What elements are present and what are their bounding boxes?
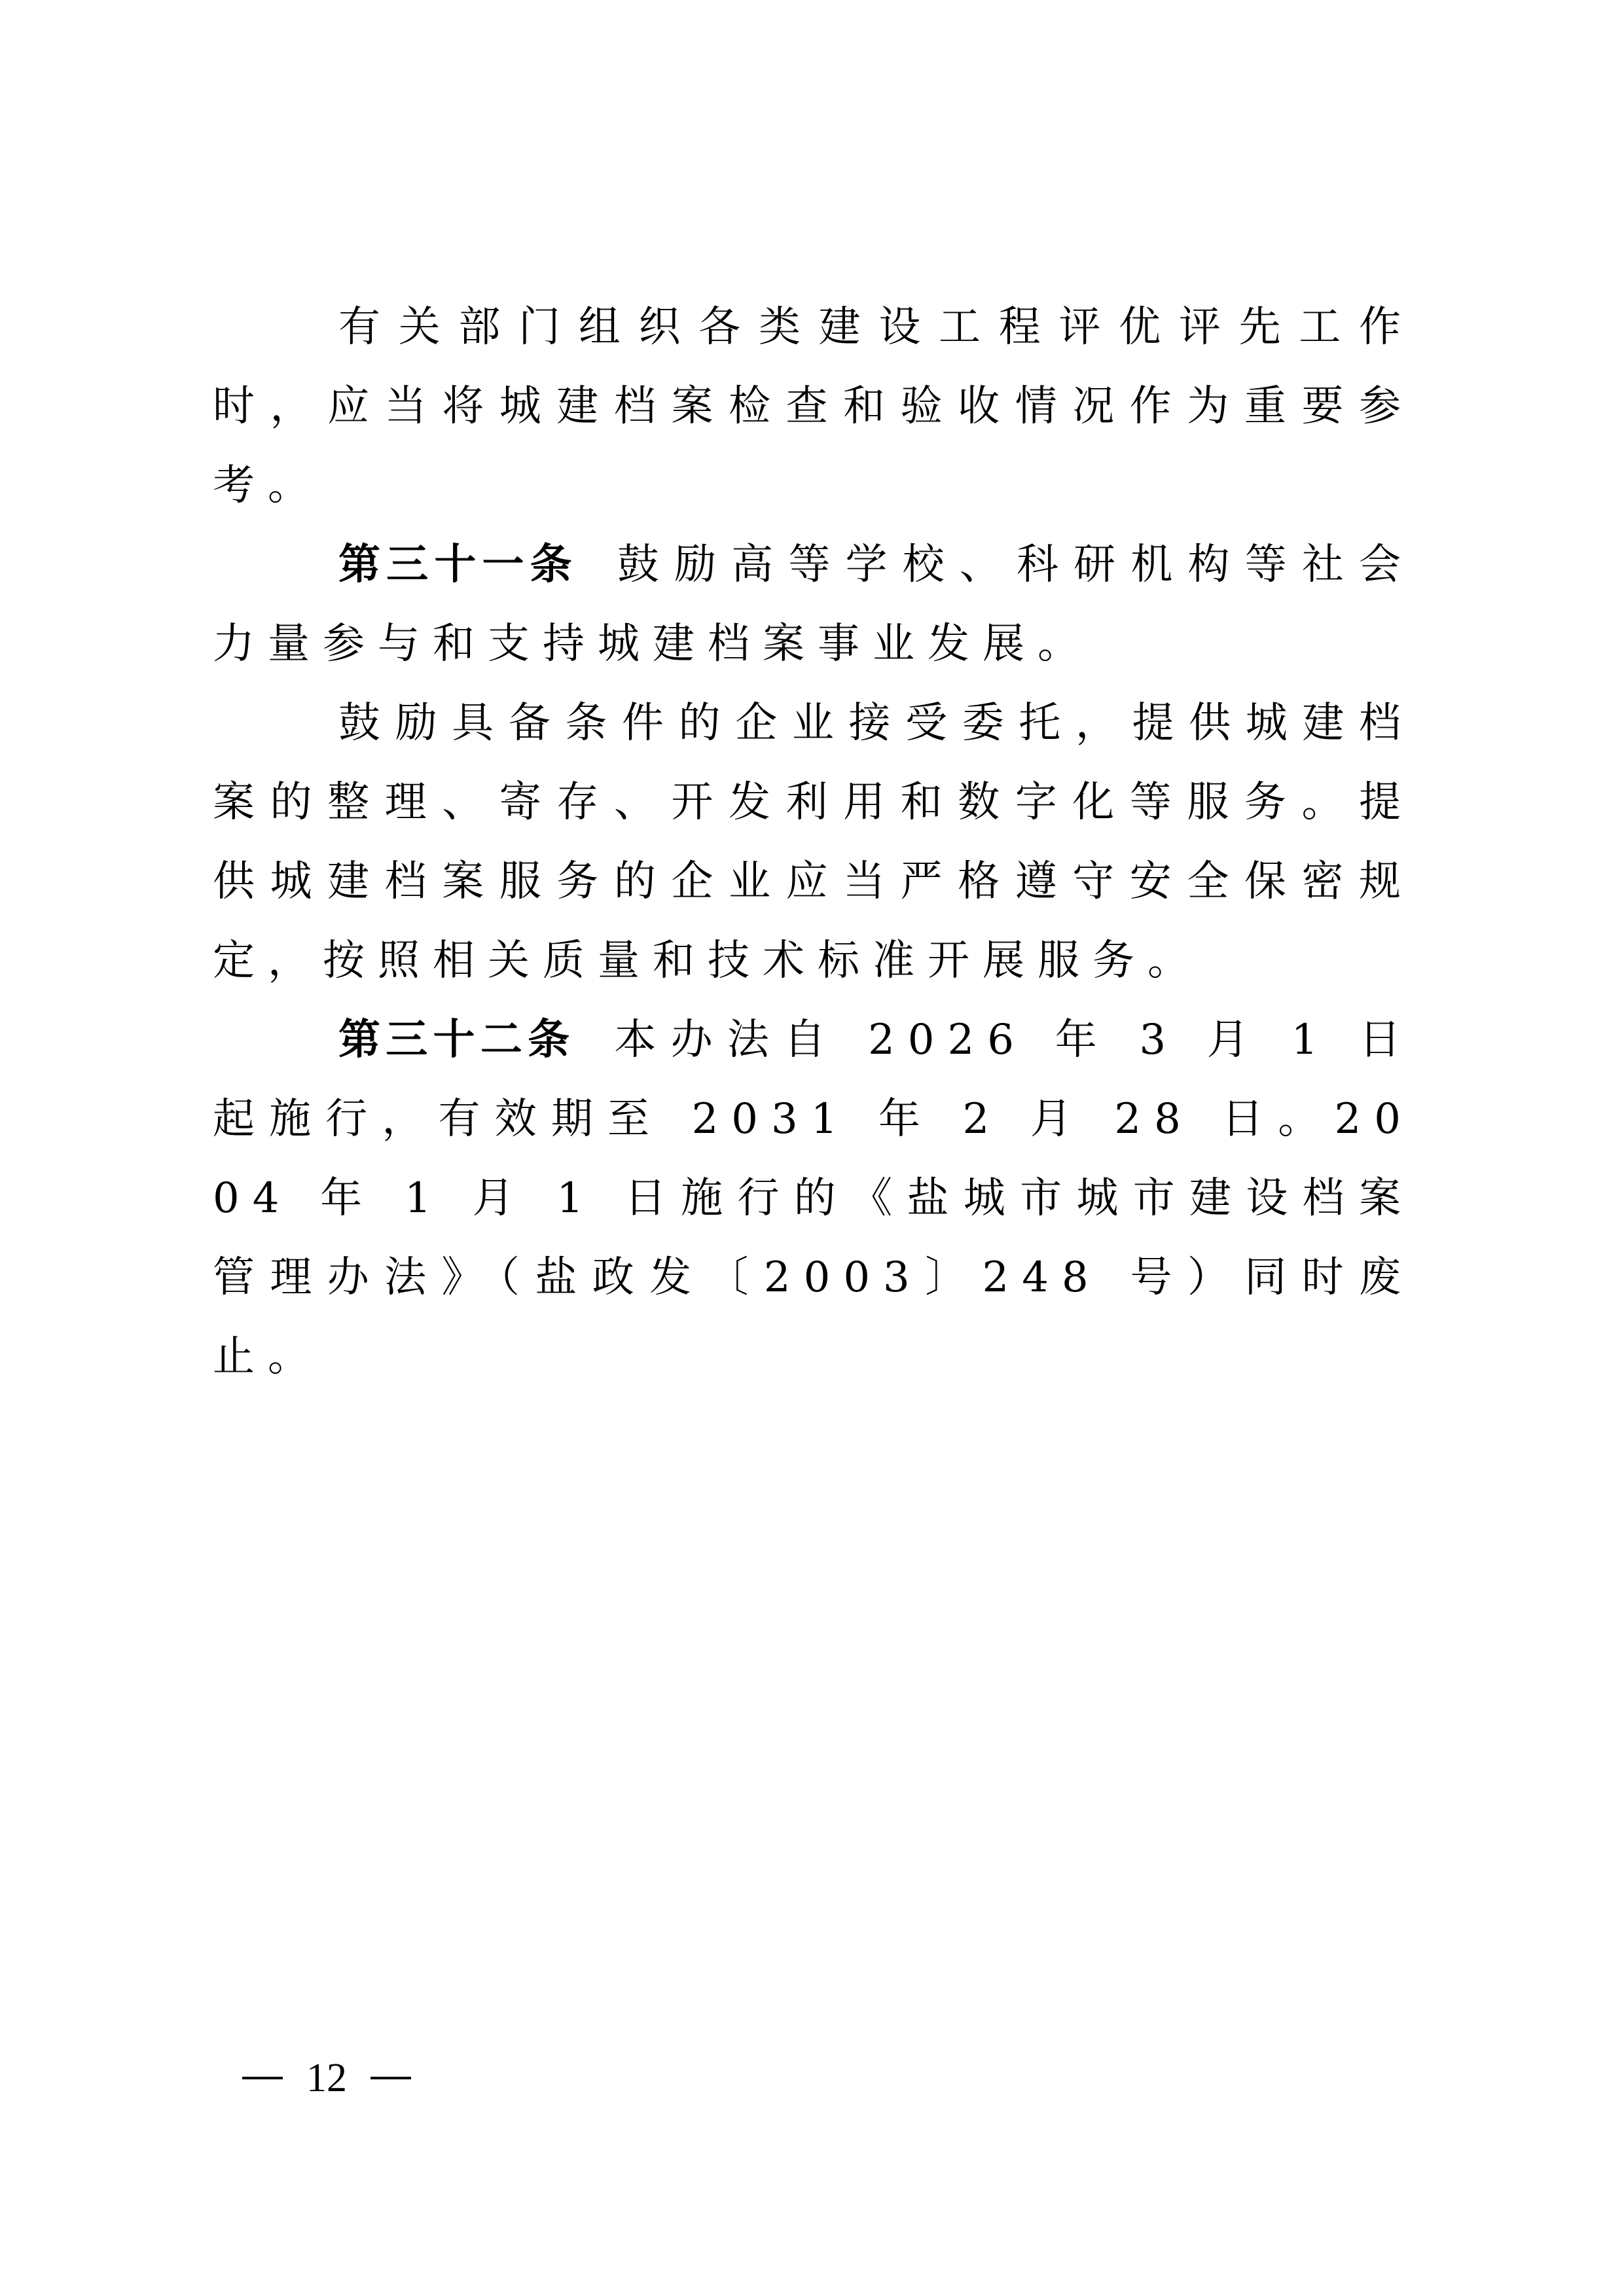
left-dash-decoration	[242, 2077, 283, 2079]
paragraph-text: 鼓励具备条件的企业接受委托，提供城建档案的整理、寄存、开发利用和数字化等服务。提…	[213, 699, 1414, 985]
paragraph-enterprise-services: 鼓励具备条件的企业接受委托，提供城建档案的整理、寄存、开发利用和数字化等服务。提…	[213, 684, 1414, 1001]
article-number-label: 第三十二条	[338, 1016, 575, 1064]
article-32-paragraph: 第三十二条本办法自 2026 年 3 月 1 日起施行，有效期至 2031 年 …	[213, 1001, 1414, 1397]
paragraph-evaluation-reference: 有关部门组织各类建设工程评优评先工作时，应当将城建档案检查和验收情况作为重要参考…	[213, 288, 1414, 526]
paragraph-text: 本办法自 2026 年 3 月 1 日起施行，有效期至 2031 年 2 月 2…	[213, 1016, 1414, 1381]
document-page: 有关部门组织各类建设工程评优评先工作时，应当将城建档案检查和验收情况作为重要参考…	[0, 0, 1624, 2296]
paragraph-text: 有关部门组织各类建设工程评优评先工作时，应当将城建档案检查和验收情况作为重要参考…	[213, 303, 1414, 510]
right-dash-decoration	[370, 2077, 411, 2079]
page-footer: 12	[242, 2049, 411, 2108]
document-body: 有关部门组织各类建设工程评优评先工作时，应当将城建档案检查和验收情况作为重要参考…	[213, 288, 1414, 1397]
article-31-paragraph: 第三十一条鼓励高等学校、科研机构等社会力量参与和支持城建档案事业发展。	[213, 526, 1414, 684]
page-number: 12	[306, 2055, 347, 2102]
article-number-label: 第三十一条	[338, 541, 578, 589]
